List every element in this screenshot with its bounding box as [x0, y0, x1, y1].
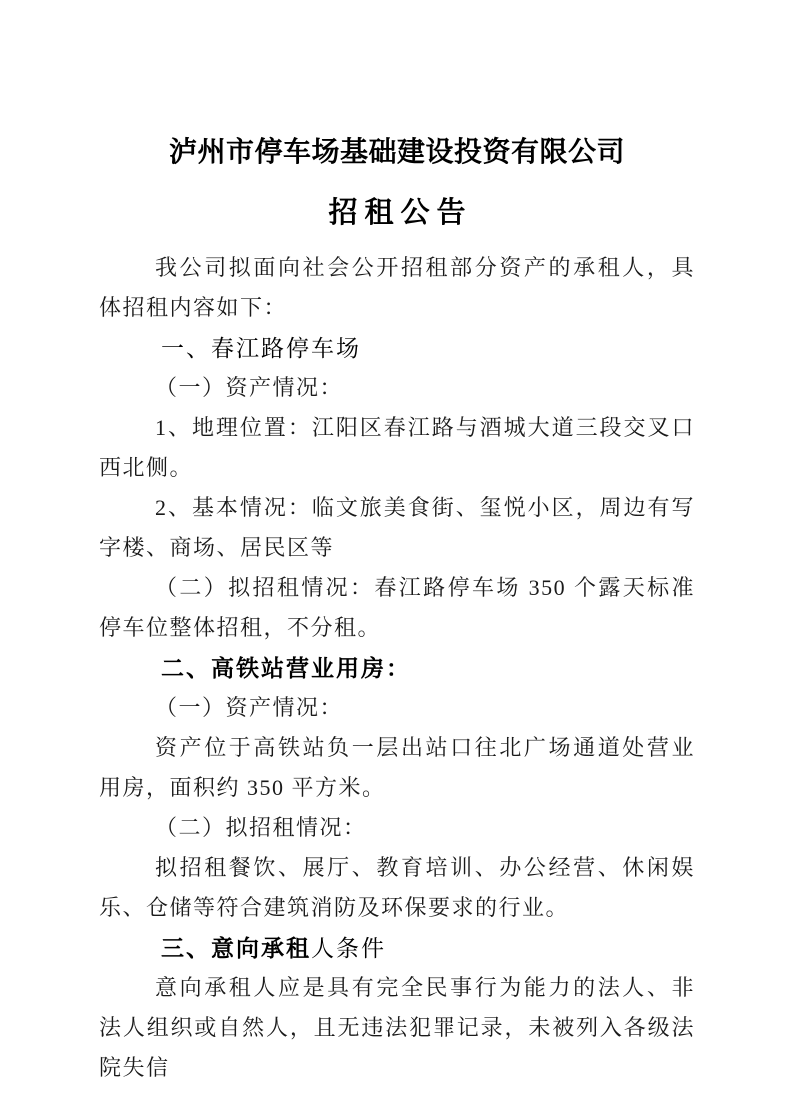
heading-section-2-hsr-station-premises: 二、高铁站营业用房： — [99, 648, 695, 688]
paragraph-section2-asset-detail: 资产位于高铁站负一层出站口往北广场通道处营业用房，面积约 350 平方米。 — [99, 728, 695, 808]
heading-section-3-bold-part: 三、意向承租 — [161, 935, 311, 961]
paragraph-section2-leasing-detail: 拟招租餐饮、展厅、教育培训、办公经营、休闲娱乐、仓储等符合建筑消防及环保要求的行… — [99, 848, 695, 928]
paragraph-section1-location: 1、地理位置：江阳区春江路与酒城大道三段交叉口西北侧。 — [99, 408, 695, 488]
document-subtitle: 招租公告 — [99, 194, 695, 232]
document-body: 我公司拟面向社会公开招租部分资产的承租人，具体招租内容如下： 一、春江路停车场 … — [99, 248, 695, 1088]
heading-section-3-regular-part: 人条件 — [311, 935, 386, 961]
paragraph-section1-asset-label: （一）资产情况： — [99, 368, 695, 408]
document-title: 泸州市停车场基础建设投资有限公司 — [99, 134, 695, 172]
paragraph-intro: 我公司拟面向社会公开招租部分资产的承租人，具体招租内容如下： — [99, 248, 695, 328]
document-page: 泸州市停车场基础建设投资有限公司 招租公告 我公司拟面向社会公开招租部分资产的承… — [0, 0, 794, 1108]
paragraph-section2-leasing-label: （二）拟招租情况： — [99, 808, 695, 848]
heading-section-3-tenant-conditions: 三、意向承租人条件 — [99, 928, 695, 968]
paragraph-section3-tenant-requirements: 意向承租人应是具有完全民事行为能力的法人、非法人组织或自然人，且无违法犯罪记录，… — [99, 968, 695, 1088]
paragraph-section1-leasing-plan: （二）拟招租情况：春江路停车场 350 个露天标准停车位整体招租，不分租。 — [99, 568, 695, 648]
heading-section-1-chunjiang-parking: 一、春江路停车场 — [99, 328, 695, 368]
paragraph-section2-asset-label: （一）资产情况： — [99, 688, 695, 728]
paragraph-section1-basic-info: 2、基本情况：临文旅美食街、玺悦小区，周边有写字楼、商场、居民区等 — [99, 488, 695, 568]
